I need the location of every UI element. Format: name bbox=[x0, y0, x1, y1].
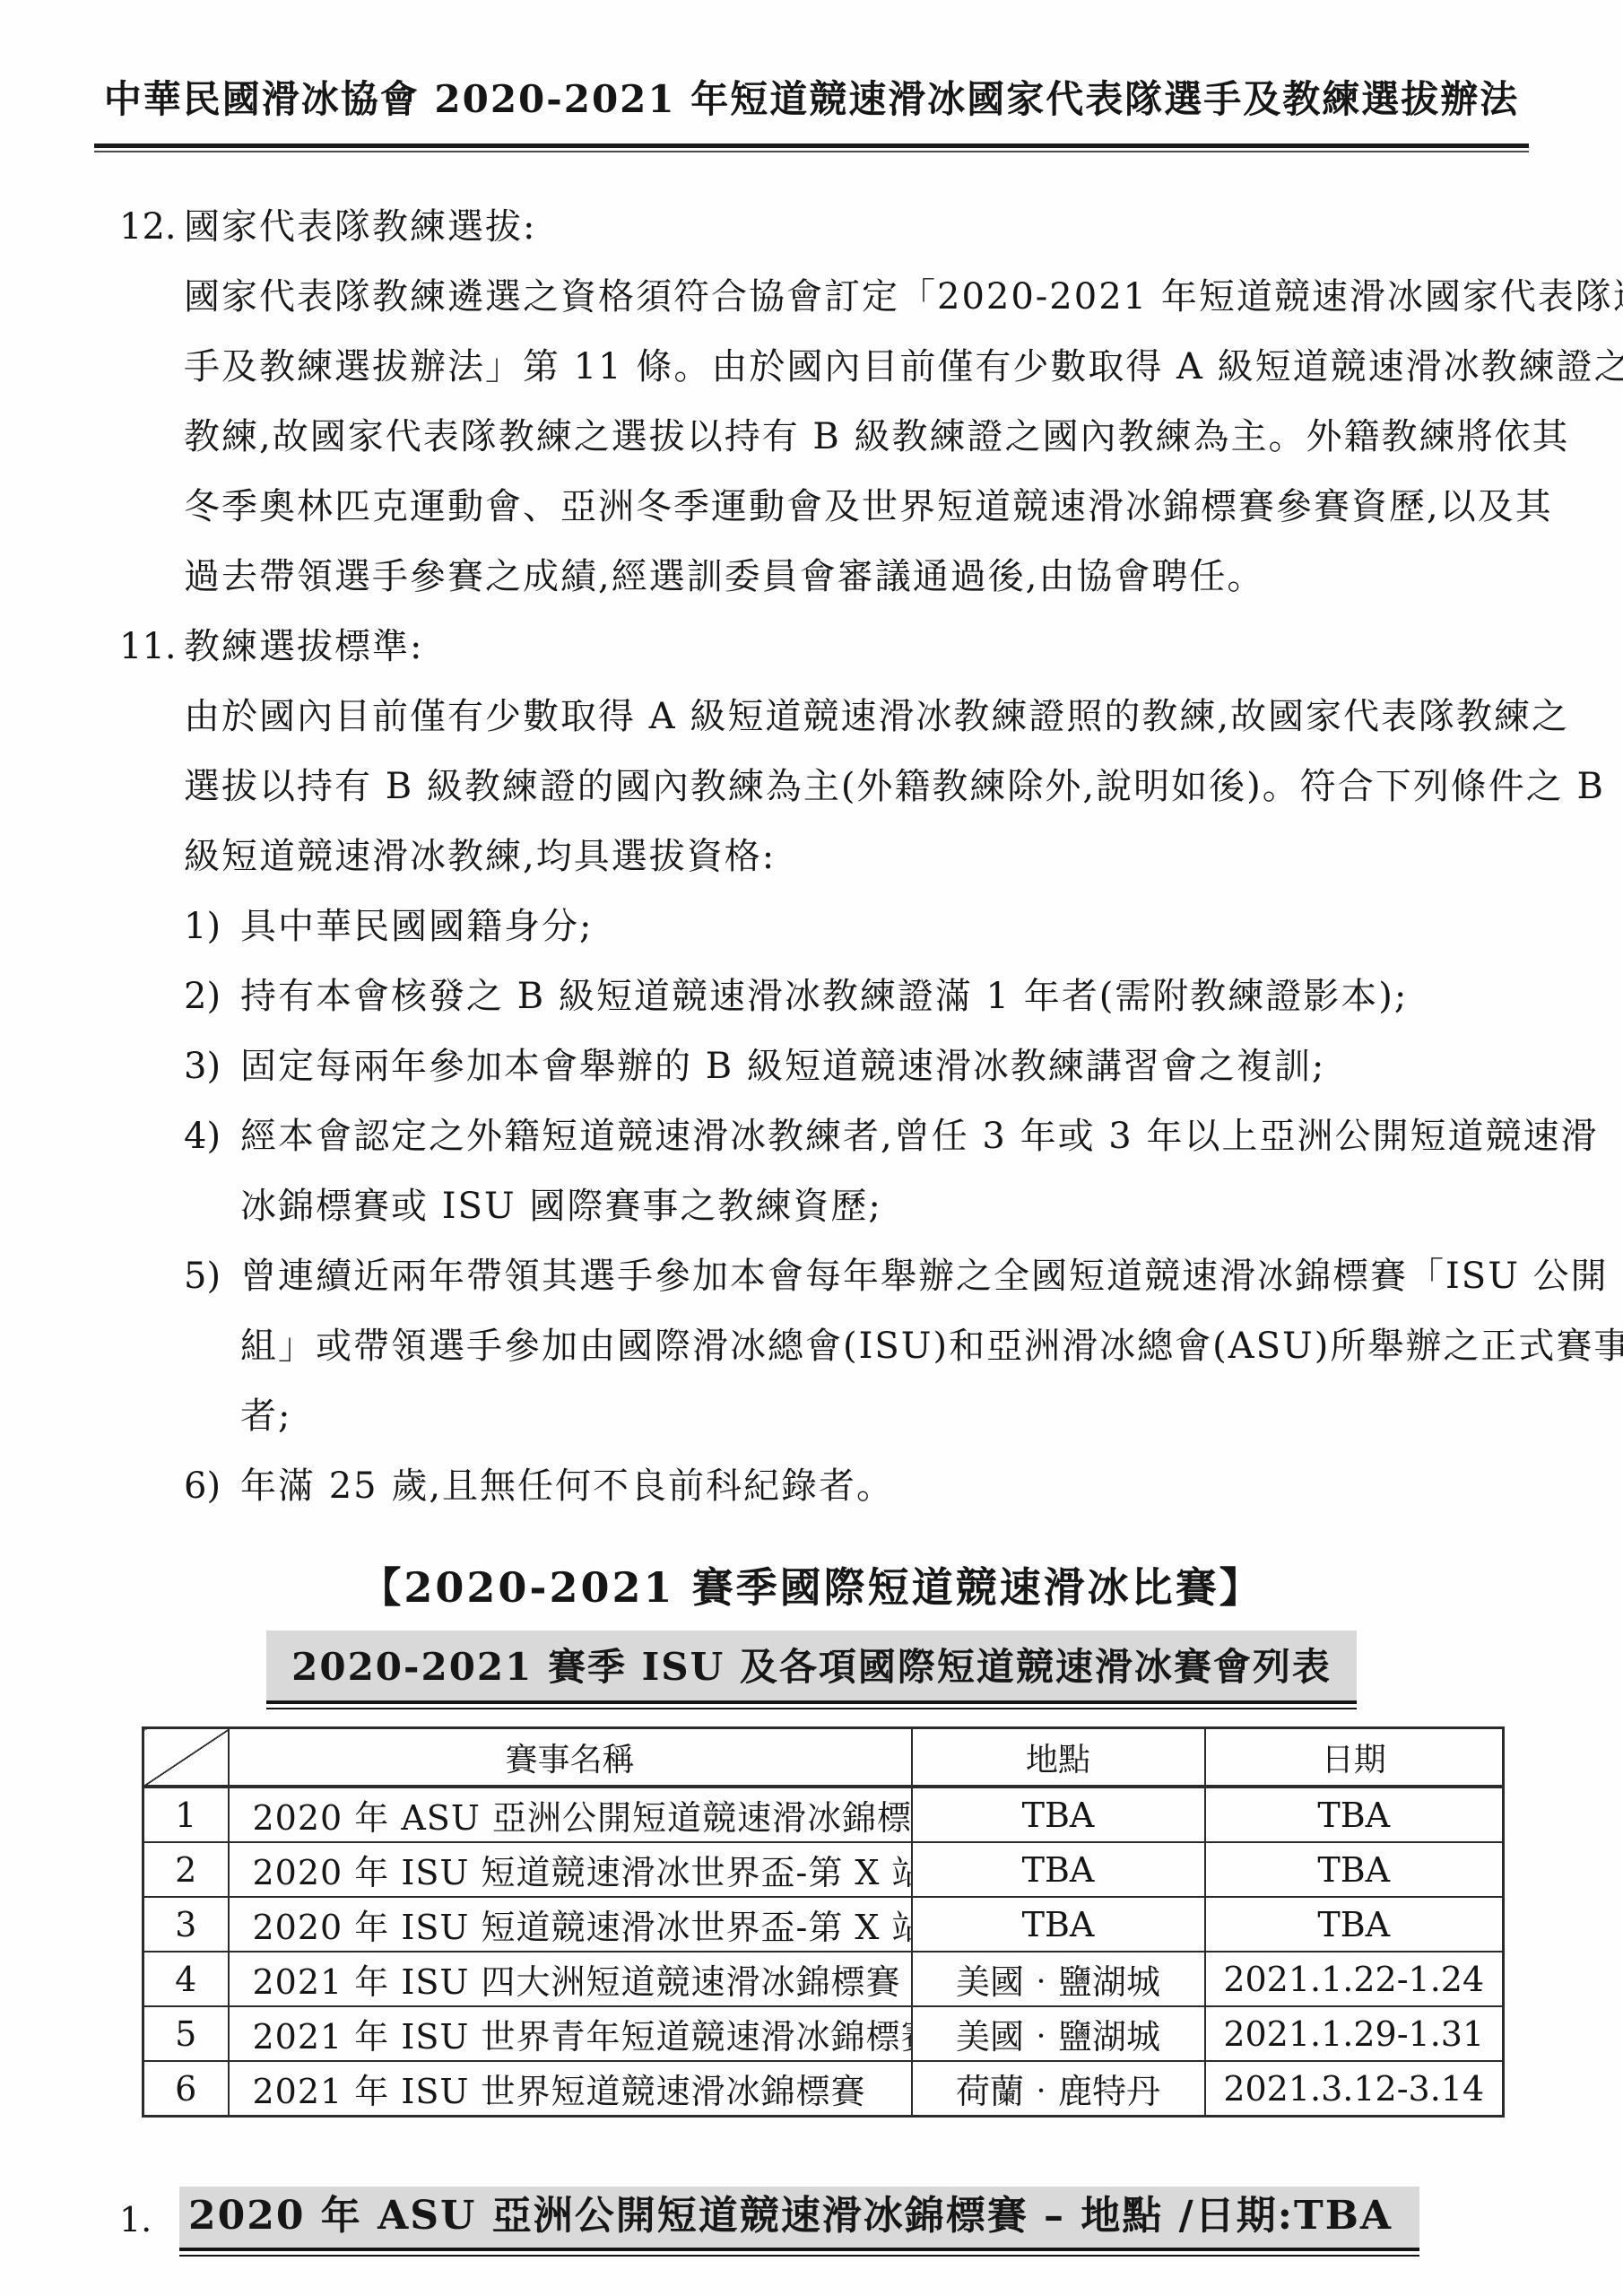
table-header-location: 地點 bbox=[912, 1728, 1205, 1787]
table-cell-event: 2021 年 ISU 世界青年短道競速滑冰錦標賽 bbox=[229, 2006, 912, 2061]
table-cell-event: 2020 年 ISU 短道競速滑冰世界盃-第 X 站 bbox=[229, 1897, 912, 1952]
footer-item-number: 1. bbox=[119, 2188, 179, 2251]
table-row: 42021 年 ISU 四大洲短道競速滑冰錦標賽美國‧鹽湖城2021.1.22-… bbox=[143, 1952, 1504, 2006]
list-item-number: 11. bbox=[119, 612, 184, 682]
document-body: 12.國家代表隊教練選拔:國家代表隊教練遴選之資格須符合協會訂定「2020-20… bbox=[0, 192, 1623, 1521]
paragraph-line: 國家代表隊教練遴選之資格須符合協會訂定「2020-2021 年短道競速滑冰國家代… bbox=[0, 262, 1623, 332]
table-header-date: 日期 bbox=[1205, 1728, 1504, 1787]
subitem-text: 年滿 25 歲,且無任何不良前科紀錄者。 bbox=[240, 1465, 894, 1507]
season-heading: 【2020-2021 賽季國際短道競速滑冰比賽】 bbox=[0, 1550, 1623, 1625]
table-cell-location: TBA bbox=[912, 1842, 1205, 1897]
subitem-text: 固定每兩年參加本會舉辦的 B 級短道競速滑冰教練講習會之複訓; bbox=[240, 1046, 1325, 1087]
subitem-line: 6)年滿 25 歲,且無任何不良前科紀錄者。 bbox=[0, 1451, 1623, 1521]
page-title: 中華民國滑冰協會 2020-2021 年短道競速滑冰國家代表隊選手及教練選拔辦法 bbox=[0, 77, 1623, 122]
table-cell-location: TBA bbox=[912, 1897, 1205, 1952]
subitem-marker: 4) bbox=[184, 1101, 240, 1171]
paragraph-line: 手及教練選拔辦法」第 11 條。由於國內目前僅有少數取得 A 級短道競速滑冰教練… bbox=[0, 332, 1623, 402]
subitem-continuation-line: 組」或帶領選手參加由國際滑冰總會(ISU)和亞洲滑冰總會(ASU)所舉辦之正式賽… bbox=[0, 1311, 1623, 1381]
table-cell-index: 1 bbox=[143, 1787, 229, 1842]
subitem-text: 曾連續近兩年帶領其選手參加本會每年舉辦之全國短道競速滑冰錦標賽「ISU 公開 bbox=[240, 1256, 1609, 1297]
season-subtitle: 2020-2021 賽季 ISU 及各項國際短道競速滑冰賽會列表 bbox=[266, 1631, 1357, 1704]
table-row: 32020 年 ISU 短道競速滑冰世界盃-第 X 站TBATBA bbox=[143, 1897, 1504, 1952]
subitem-line: 2)持有本會核發之 B 級短道競速滑冰教練證滿 1 年者(需附教練證影本); bbox=[0, 961, 1623, 1031]
table-cell-event: 2020 年 ASU 亞洲公開短道競速滑冰錦標賽 bbox=[229, 1787, 912, 1842]
paragraph-line: 過去帶領選手參賽之成績,經選訓委員會審議通過後,由協會聘任。 bbox=[0, 542, 1623, 612]
subitem-continuation-line: 者; bbox=[0, 1381, 1623, 1451]
subitem-continuation-line: 冰錦標賽或 ISU 國際賽事之教練資歷; bbox=[0, 1171, 1623, 1241]
table-cell-date: 2021.3.12-3.14 bbox=[1205, 2061, 1504, 2117]
table-row: 62021 年 ISU 世界短道競速滑冰錦標賽荷蘭‧鹿特丹2021.3.12-3… bbox=[143, 2061, 1504, 2117]
table-row: 12020 年 ASU 亞洲公開短道競速滑冰錦標賽TBATBA bbox=[143, 1787, 1504, 1842]
season-subtitle-wrap: 2020-2021 賽季 ISU 及各項國際短道競速滑冰賽會列表 bbox=[0, 1631, 1623, 1704]
paragraph-line: 冬季奧林匹克運動會、亞洲冬季運動會及世界短道競速滑冰錦標賽參賽資歷,以及其 bbox=[0, 472, 1623, 542]
table-header-event: 賽事名稱 bbox=[229, 1728, 912, 1787]
table-cell-date: 2021.1.29-1.31 bbox=[1205, 2006, 1504, 2061]
paragraph-line: 級短道競速滑冰教練,均具選拔資格: bbox=[0, 822, 1623, 891]
subitem-text: 經本會認定之外籍短道競速滑冰教練者,曾任 3 年或 3 年以上亞洲公開短道競速滑 bbox=[240, 1116, 1598, 1157]
list-item-heading-line: 12.國家代表隊教練選拔: bbox=[0, 192, 1623, 262]
table-cell-index: 3 bbox=[143, 1897, 229, 1952]
subitem-line: 4)經本會認定之外籍短道競速滑冰教練者,曾任 3 年或 3 年以上亞洲公開短道競… bbox=[0, 1101, 1623, 1171]
diagonal-cell bbox=[143, 1728, 229, 1787]
list-item-heading: 國家代表隊教練選拔: bbox=[184, 206, 536, 248]
subitem-text: 具中華民國國籍身分; bbox=[240, 906, 593, 947]
table-cell-index: 4 bbox=[143, 1952, 229, 2006]
subitem-marker: 6) bbox=[184, 1451, 240, 1521]
subitem-marker: 2) bbox=[184, 961, 240, 1031]
subitem-line: 3)固定每兩年參加本會舉辦的 B 級短道競速滑冰教練講習會之複訓; bbox=[0, 1031, 1623, 1101]
subitem-marker: 1) bbox=[184, 891, 240, 961]
list-item-heading-line: 11.教練選拔標準: bbox=[0, 612, 1623, 682]
subitem-line: 1)具中華民國國籍身分; bbox=[0, 891, 1623, 961]
schedule-table: 賽事名稱 地點 日期 12020 年 ASU 亞洲公開短道競速滑冰錦標賽TBAT… bbox=[142, 1726, 1505, 2118]
table-cell-date: 2021.1.22-1.24 bbox=[1205, 1952, 1504, 2006]
paragraph-line: 教練,故國家代表隊教練之選拔以持有 B 級教練證之國內教練為主。外籍教練將依其 bbox=[0, 402, 1623, 472]
list-item-heading: 教練選拔標準: bbox=[184, 626, 423, 667]
table-cell-date: TBA bbox=[1205, 1842, 1504, 1897]
table-cell-index: 5 bbox=[143, 2006, 229, 2061]
table-cell-location: 美國‧鹽湖城 bbox=[912, 1952, 1205, 2006]
table-cell-date: TBA bbox=[1205, 1897, 1504, 1952]
table-row: 22020 年 ISU 短道競速滑冰世界盃-第 X 站TBATBA bbox=[143, 1842, 1504, 1897]
table-cell-location: TBA bbox=[912, 1787, 1205, 1842]
table-cell-location: 荷蘭‧鹿特丹 bbox=[912, 2061, 1205, 2117]
document-page: 中華民國滑冰協會 2020-2021 年短道競速滑冰國家代表隊選手及教練選拔辦法… bbox=[0, 0, 1623, 2296]
table-cell-event: 2021 年 ISU 四大洲短道競速滑冰錦標賽 bbox=[229, 1952, 912, 2006]
table-cell-location: 美國‧鹽湖城 bbox=[912, 2006, 1205, 2061]
table-cell-date: TBA bbox=[1205, 1787, 1504, 1842]
table-cell-index: 2 bbox=[143, 1842, 229, 1897]
paragraph-line: 由於國內目前僅有少數取得 A 級短道競速滑冰教練證照的教練,故國家代表隊教練之 bbox=[0, 682, 1623, 752]
table-row: 52021 年 ISU 世界青年短道競速滑冰錦標賽美國‧鹽湖城2021.1.29… bbox=[143, 2006, 1504, 2061]
title-divider bbox=[94, 143, 1529, 152]
paragraph-line: 選拔以持有 B 級教練證的國內教練為主(外籍教練除外,說明如後)。符合下列條件之… bbox=[0, 752, 1623, 822]
subitem-line: 5)曾連續近兩年帶領其選手參加本會每年舉辦之全國短道競速滑冰錦標賽「ISU 公開 bbox=[0, 1241, 1623, 1311]
subitem-marker: 5) bbox=[184, 1241, 240, 1311]
table-cell-event: 2020 年 ISU 短道競速滑冰世界盃-第 X 站 bbox=[229, 1842, 912, 1897]
list-item-number: 12. bbox=[119, 192, 184, 262]
subitem-marker: 3) bbox=[184, 1031, 240, 1101]
table-cell-index: 6 bbox=[143, 2061, 229, 2117]
subitem-text: 持有本會核發之 B 級短道競速滑冰教練證滿 1 年者(需附教練證影本); bbox=[240, 976, 1408, 1017]
footer-item-text: 2020 年 ASU 亞洲公開短道競速滑冰錦標賽 – 地點 /日期:TBA bbox=[179, 2187, 1419, 2251]
table-header-row: 賽事名稱 地點 日期 bbox=[143, 1728, 1504, 1787]
table-cell-event: 2021 年 ISU 世界短道競速滑冰錦標賽 bbox=[229, 2061, 912, 2117]
footer-item: 1.2020 年 ASU 亞洲公開短道競速滑冰錦標賽 – 地點 /日期:TBA bbox=[0, 2187, 1623, 2251]
